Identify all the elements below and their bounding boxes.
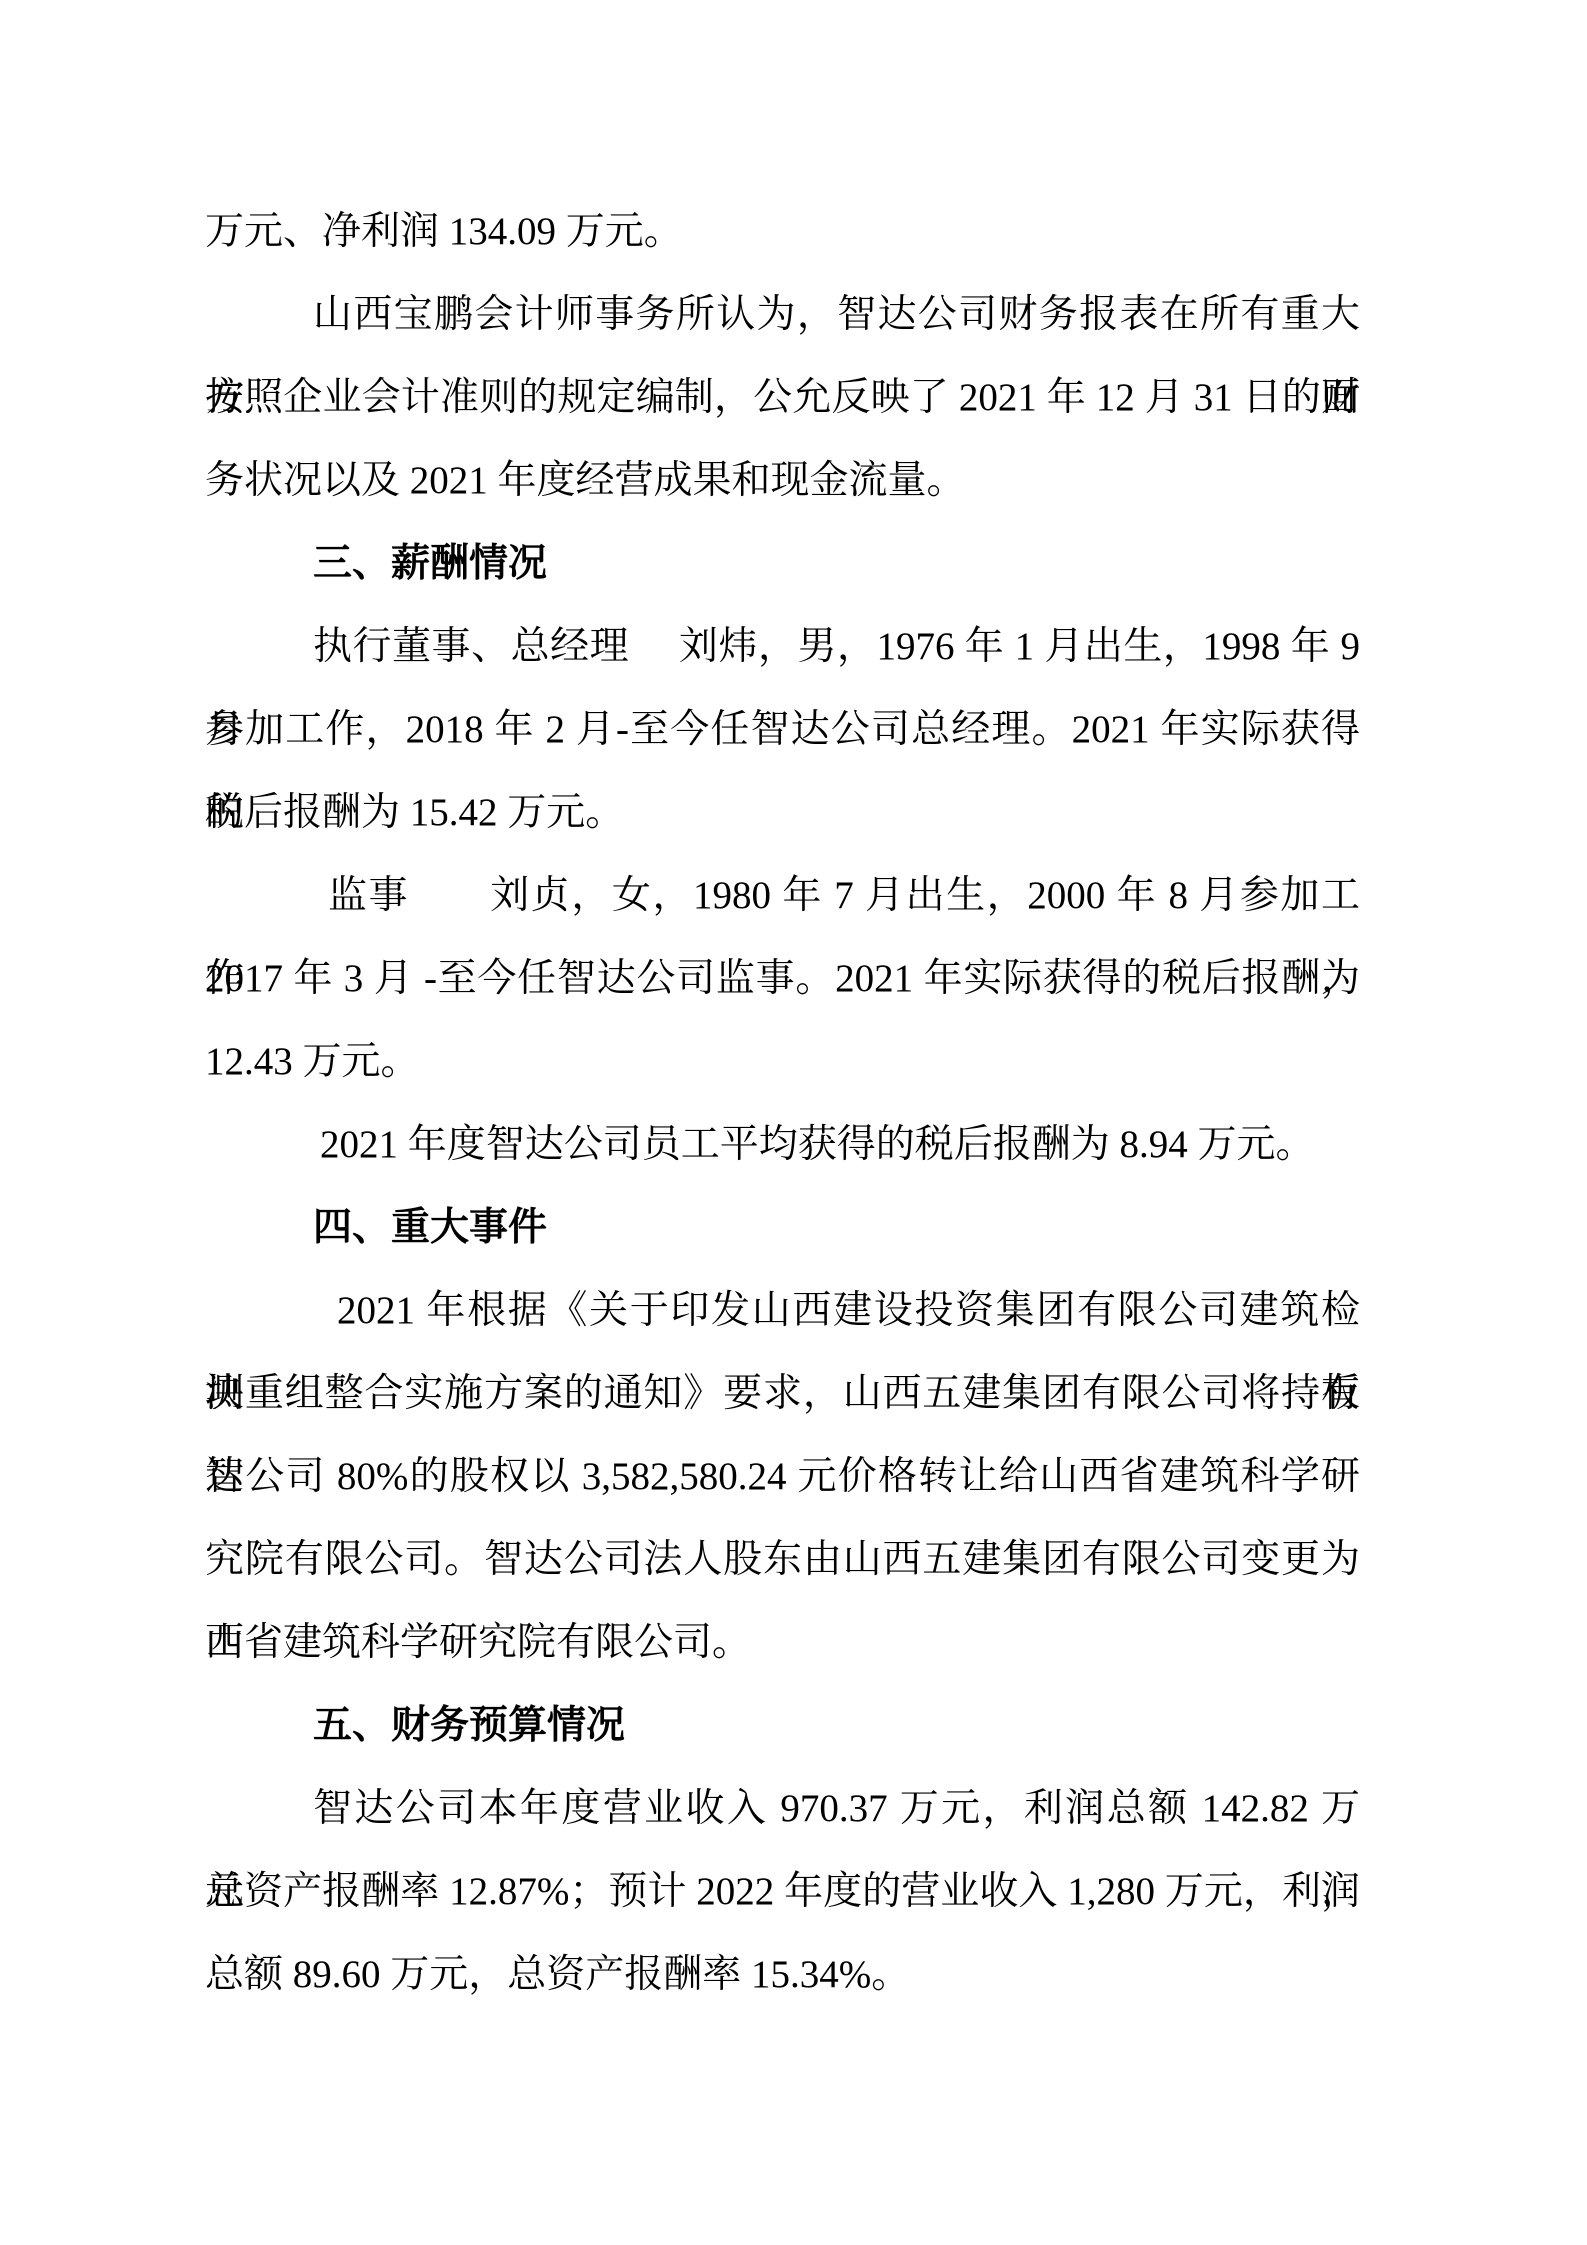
paragraph-line: 税后报酬为 15.42 万元。 <box>205 771 1360 854</box>
paragraph-line: 2021 年度智达公司员工平均获得的税后报酬为 8.94 万元。 <box>205 1103 1360 1186</box>
paragraph-line: 究院有限公司。智达公司法人股东由山西五建集团有限公司变更为山 <box>205 1518 1360 1601</box>
paragraph-line: 总额 89.60 万元，总资产报酬率 15.34%。 <box>205 1933 1360 2016</box>
paragraph-line: 执行董事、总经理 刘炜，男，1976 年 1 月出生，1998 年 9 月 <box>205 605 1360 688</box>
paragraph-line: 智达公司本年度营业收入 970.37 万元，利润总额 142.82 万元， <box>205 1767 1360 1850</box>
paragraph-line: 2021 年根据《关于印发山西建设投资集团有限公司建筑检测板 <box>205 1269 1360 1352</box>
paragraph-line: 务状况以及 2021 年度经营成果和现金流量。 <box>205 439 1360 522</box>
section-heading-salary: 三、薪酬情况 <box>205 522 1360 605</box>
paragraph-line: 按照企业会计准则的规定编制，公允反映了 2021 年 12 月 31 日的财 <box>205 356 1360 439</box>
paragraph-line: 块重组整合实施方案的通知》要求，山西五建集团有限公司将持有智 <box>205 1352 1360 1435</box>
section-heading-budget: 五、财务预算情况 <box>205 1684 1360 1767</box>
paragraph-line: 西省建筑科学研究院有限公司。 <box>205 1601 1360 1684</box>
paragraph-line: 达公司 80%的股权以 3,582,580.24 元价格转让给山西省建筑科学研 <box>205 1435 1360 1518</box>
paragraph-line: 12.43 万元。 <box>205 1020 1360 1103</box>
paragraph-line: 监事 刘贞，女，1980 年 7 月出生，2000 年 8 月参加工作， <box>205 854 1360 937</box>
paragraph-line: 2017 年 3 月 -至今任智达公司监事。2021 年实际获得的税后报酬为 <box>205 937 1360 1020</box>
paragraph-line: 总资产报酬率 12.87%；预计 2022 年度的营业收入 1,280 万元，利… <box>205 1850 1360 1933</box>
document-page: 万元、净利润 134.09 万元。 山西宝鹏会计师事务所认为，智达公司财务报表在… <box>0 0 1587 2016</box>
paragraph-line: 山西宝鹏会计师事务所认为，智达公司财务报表在所有重大方面 <box>205 273 1360 356</box>
paragraph-line: 万元、净利润 134.09 万元。 <box>205 190 1360 273</box>
paragraph-line: 参加工作，2018 年 2 月-至今任智达公司总经理。2021 年实际获得的 <box>205 688 1360 771</box>
section-heading-major-events: 四、重大事件 <box>205 1186 1360 1269</box>
